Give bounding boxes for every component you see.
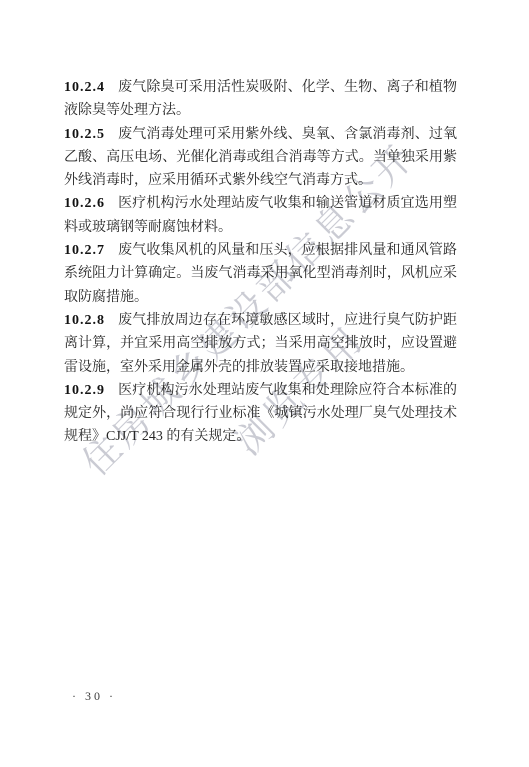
clause-number: 10.2.8 (64, 313, 105, 328)
clause-number: 10.2.4 (64, 80, 105, 95)
clause-text: 医疗机构污水处理站废气收集和输送管道材质宜选用塑料或玻璃钢等耐腐蚀材料。 (64, 196, 457, 234)
clause-text: 医疗机构污水处理站废气收集和处理除应符合本标准的规定外，尚应符合现行行业标准《城… (64, 383, 457, 445)
page-number: · 30 · (72, 689, 116, 704)
clause-10-2-9: 10.2.9医疗机构污水处理站废气收集和处理除应符合本标准的规定外，尚应符合现行… (64, 379, 457, 449)
document-page: 住房城乡建设部信息公开 浏览专用 10.2.4废气除臭可采用活性炭吸附、化学、生… (0, 0, 529, 767)
clause-text: 废气收集风机的风量和压头，应根据排风量和通风管路系统阻力计算确定。当废气消毒采用… (64, 243, 457, 305)
clause-number: 10.2.7 (64, 243, 105, 258)
clause-text: 废气除臭可采用活性炭吸附、化学、生物、离子和植物液除臭等处理方法。 (64, 80, 457, 118)
clause-10-2-5: 10.2.5废气消毒处理可采用紫外线、臭氧、含氯消毒剂、过氧乙酸、高压电场、光催… (64, 123, 457, 193)
clause-10-2-7: 10.2.7废气收集风机的风量和压头，应根据排风量和通风管路系统阻力计算确定。当… (64, 239, 457, 309)
document-body: 10.2.4废气除臭可采用活性炭吸附、化学、生物、离子和植物液除臭等处理方法。 … (64, 76, 457, 449)
clause-number: 10.2.6 (64, 196, 105, 211)
clause-text: 废气排放周边存在环境敏感区域时，应进行臭气防护距离计算，并宜采用高空排放方式；当… (64, 313, 457, 375)
clause-number: 10.2.5 (64, 127, 105, 142)
clause-10-2-4: 10.2.4废气除臭可采用活性炭吸附、化学、生物、离子和植物液除臭等处理方法。 (64, 76, 457, 123)
clause-number: 10.2.9 (64, 383, 105, 398)
clause-10-2-6: 10.2.6医疗机构污水处理站废气收集和输送管道材质宜选用塑料或玻璃钢等耐腐蚀材… (64, 192, 457, 239)
clause-text: 废气消毒处理可采用紫外线、臭氧、含氯消毒剂、过氧乙酸、高压电场、光催化消毒或组合… (64, 127, 457, 189)
clause-10-2-8: 10.2.8废气排放周边存在环境敏感区域时，应进行臭气防护距离计算，并宜采用高空… (64, 309, 457, 379)
